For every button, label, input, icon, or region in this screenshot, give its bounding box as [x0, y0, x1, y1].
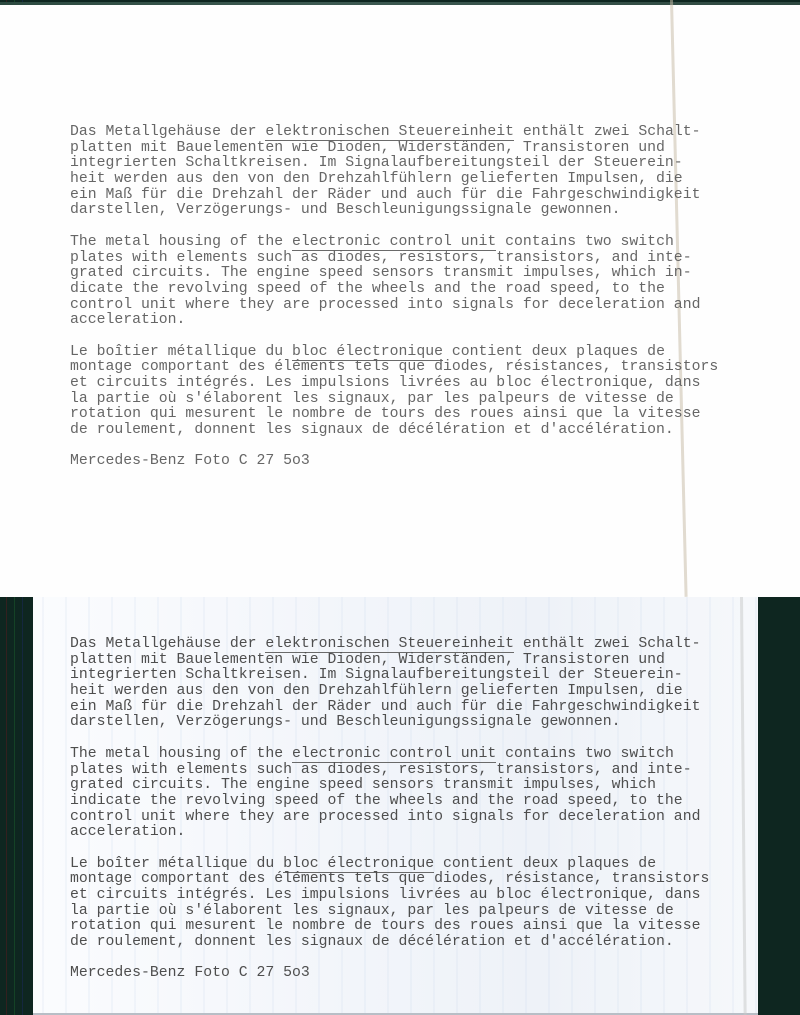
underlined-term: electronic control unit: [292, 234, 496, 251]
text-line: darstellen, Verzögerungs- und Beschleuni…: [70, 715, 709, 731]
text-line: platten mit Bauelementen wie Dioden, Wid…: [70, 141, 718, 157]
text-line: The metal housing of the electronic cont…: [70, 747, 709, 763]
paragraph-fr: Le boîtier métallique du bloc électroniq…: [70, 345, 718, 439]
text-line: et circuits intégrés. Les impulsions liv…: [70, 888, 709, 904]
underlined-term: bloc électronique: [292, 344, 443, 361]
text-line: rotation qui mesurent le nombre de tours…: [70, 919, 709, 935]
text-line: acceleration.: [70, 313, 718, 329]
text-line: Le boîtier métallique du bloc électroniq…: [70, 345, 718, 361]
text-line: rotation qui mesurent le nombre de tours…: [70, 407, 718, 423]
underlined-term: elektronischen Steuereinheit: [265, 636, 514, 653]
text-line: la partie où s'élaborent les signaux, pa…: [70, 392, 718, 408]
text-line: indicate the revolving speed of the whee…: [70, 794, 709, 810]
text-line: plates with elements such as diodes, res…: [70, 251, 718, 267]
text-line: grated circuits. The engine speed sensor…: [70, 266, 718, 282]
text-line: ein Maß für die Drehzahl der Räder und a…: [70, 188, 718, 204]
text-line: The metal housing of the electronic cont…: [70, 235, 718, 251]
text-line: et circuits intégrés. Les impulsions liv…: [70, 376, 718, 392]
text-line: ein Maß für die Drehzahl der Räder und a…: [70, 700, 709, 716]
underlined-term: bloc électronique: [283, 856, 434, 873]
paragraph-de: Das Metallgehäuse der elektronischen Ste…: [70, 125, 718, 219]
text-line: montage comportant des éléments tels que…: [70, 872, 709, 888]
text-line: integrierten Schaltkreisen. Im Signalauf…: [70, 156, 718, 172]
text-line: heit werden aus den von den Drehzahlfühl…: [70, 172, 718, 188]
text-line: control unit where they are processed in…: [70, 298, 718, 314]
caption-text-top: Das Metallgehäuse der elektronischen Ste…: [70, 125, 718, 470]
text-line: grated circuits. The engine speed sensor…: [70, 778, 709, 794]
text-line: integrierten Schaltkreisen. Im Signalauf…: [70, 668, 709, 684]
photo-credit: Mercedes-Benz Foto C 27 5o3: [70, 454, 718, 470]
underlined-term: electronic control unit: [292, 746, 496, 763]
text-line: de roulement, donnent les signaux de déc…: [70, 935, 709, 951]
caption-text-bottom: Das Metallgehäuse der elektronischen Ste…: [70, 637, 709, 982]
text-line: de roulement, donnent les signaux de déc…: [70, 423, 718, 439]
text-line: acceleration.: [70, 825, 709, 841]
underlined-term: elektronischen Steuereinheit: [265, 124, 514, 141]
paragraph-en: The metal housing of the electronic cont…: [70, 235, 718, 329]
paragraph-fr: Le boîter métallique du bloc électroniqu…: [70, 857, 709, 951]
text-line: Das Metallgehäuse der elektronischen Ste…: [70, 637, 709, 653]
text-line: Das Metallgehäuse der elektronischen Ste…: [70, 125, 718, 141]
text-line: dicate the revolving speed of the wheels…: [70, 282, 718, 298]
page-edge-shadow: [0, 2, 800, 5]
text-line: platten mit Bauelementen wie Dioden, Wid…: [70, 653, 709, 669]
paragraph-de: Das Metallgehäuse der elektronischen Ste…: [70, 637, 709, 731]
paragraph-en: The metal housing of the electronic cont…: [70, 747, 709, 841]
text-line: montage comportant des éléments tels que…: [70, 360, 718, 376]
text-line: control unit where they are processed in…: [70, 810, 709, 826]
text-line: plates with elements such as diodes, res…: [70, 763, 709, 779]
photo-credit: Mercedes-Benz Foto C 27 5o3: [70, 966, 709, 982]
text-line: la partie où s'élaborent les signaux, pa…: [70, 904, 709, 920]
text-line: heit werden aus den von den Drehzahlfühl…: [70, 684, 709, 700]
text-line: darstellen, Verzögerungs- und Beschleuni…: [70, 203, 718, 219]
text-line: Le boîter métallique du bloc électroniqu…: [70, 857, 709, 873]
